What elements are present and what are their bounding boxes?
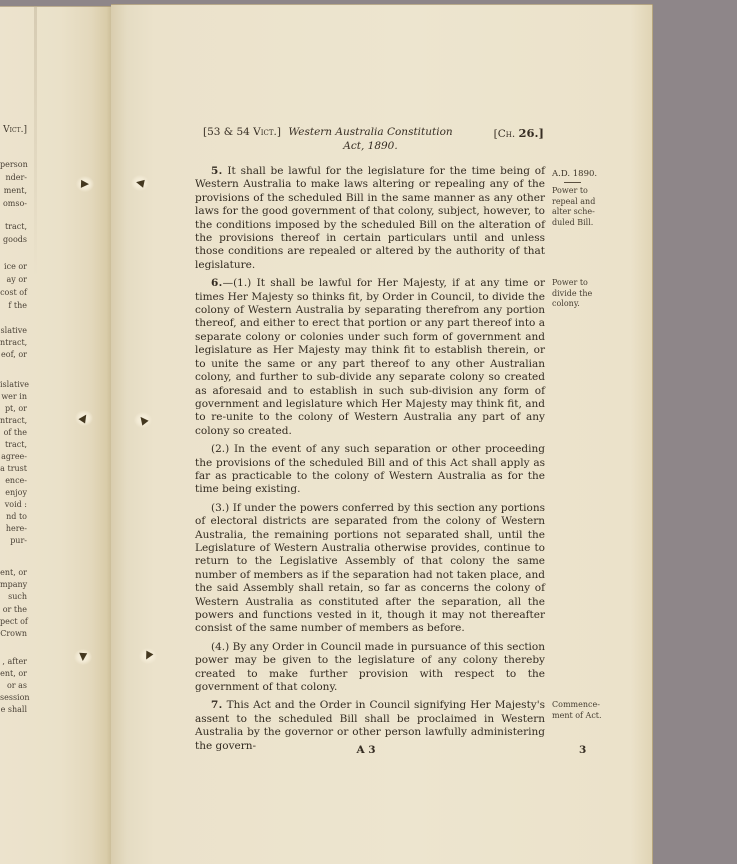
text-fragment: goods [0, 235, 27, 248]
section-number: 7. [211, 699, 223, 711]
binding-hole-mark-icon [74, 649, 92, 665]
binding-hole-mark-icon [131, 175, 149, 191]
text-fragment: session [0, 693, 27, 705]
act-title-line2: Act, 1890. [195, 140, 546, 154]
text-fragment: ntract, [0, 338, 27, 350]
paragraph: 5. It shall be lawful for the legislatur… [195, 165, 545, 272]
text-fragment: pect of [0, 617, 27, 629]
margin-note-date: A.D. 1890. [552, 169, 644, 187]
text-fragment: enjoy [0, 488, 27, 500]
binding-hole-mark-icon [134, 412, 152, 428]
text-fragment: tract, [0, 440, 27, 452]
section-number: 6. [211, 277, 223, 289]
paragraph: (2.) In the event of any such separation… [195, 443, 545, 497]
binding-hole-mark-icon [139, 648, 157, 664]
text-fragment: nd to [0, 512, 27, 524]
text-fragment: agree- [0, 452, 27, 464]
subsection-number: (4.) [211, 641, 229, 653]
text-fragment: here- [0, 524, 27, 536]
text-fragment: f the [0, 301, 27, 314]
margin-note: Commence- ment of Act. [552, 700, 644, 721]
text-fragment: ntract, [0, 416, 27, 428]
text-fragment: a trust [0, 464, 27, 476]
left-page-text-fragments: islativewer inpt, orntract,of thetract,a… [0, 380, 27, 548]
text-fragment: slative [0, 326, 27, 338]
previous-page-partial: Vict.] personnder-ment,omso- tract,goods… [0, 6, 111, 864]
text-fragment: omso- [0, 199, 27, 212]
text-fragment: of the [0, 428, 27, 440]
margin-note: Power to divide the colony. [552, 278, 644, 310]
text-fragment: ent, or [0, 669, 27, 681]
text-fragment: cost of [0, 288, 27, 301]
paragraph: (3.) If under the powers conferred by th… [195, 502, 545, 636]
subsection-number: —(1.) [223, 277, 252, 289]
binding-hole-mark-icon [75, 410, 93, 426]
text-fragment: Crown [0, 629, 27, 641]
text-fragment: islative [0, 380, 27, 392]
act-title-line1: Western Australia Constitution [195, 126, 546, 140]
text-fragment: nder- [0, 173, 27, 186]
page-number-text: 3 [579, 744, 586, 756]
paragraph-text: It shall be lawful for Her Majesty, if a… [195, 277, 545, 436]
paragraph: (4.) By any Order in Council made in pur… [195, 641, 545, 695]
text-fragment: ice or [0, 262, 27, 275]
text-fragment: , after [0, 657, 27, 669]
left-page-header-fragment: Vict.] [0, 125, 27, 135]
left-page-text-fragments: tract,goods [0, 222, 27, 247]
text-fragment: ay or [0, 275, 27, 288]
paragraph-list: 5. It shall be lawful for the legislatur… [195, 165, 545, 753]
text-fragment: pur- [0, 536, 27, 548]
text-fragment: ment, [0, 186, 27, 199]
section-number: 5. [211, 165, 223, 177]
running-header: [53 & 54 Vict.] [Ch. 26.] Western Austra… [195, 126, 546, 162]
paragraph-text: By any Order in Council made in pursuanc… [195, 641, 545, 693]
left-page-text-fragments: personnder-ment,omso- [0, 160, 27, 212]
text-fragment: ence- [0, 476, 27, 488]
printer-signature: A 3 [343, 744, 389, 757]
text-fragment: mpany [0, 580, 27, 592]
text-fragment: e shall [0, 705, 27, 717]
left-page-text-fragments: slativentract,eof, or [0, 326, 27, 362]
text-fragment: or the [0, 605, 27, 617]
text-fragment: eof, or [0, 350, 27, 362]
act-title: Western Australia Constitution Act, 1890… [195, 126, 546, 153]
scanned-document-photo: Vict.] personnder-ment,omso- tract,goods… [0, 0, 737, 864]
document-page: [53 & 54 Vict.] [Ch. 26.] Western Austra… [111, 4, 653, 864]
text-fragment: such [0, 592, 27, 604]
text-fragment: ent, or [0, 568, 27, 580]
binding-hole-mark-icon [76, 176, 94, 192]
text-fragment: or as [0, 681, 27, 693]
text-fragment: void : [0, 500, 27, 512]
text-fragment: pt, or [0, 404, 27, 416]
margin-note-date-text: A.D. 1890. [552, 169, 644, 179]
margin-note: Power to repeal and alter sche- duled Bi… [552, 186, 644, 228]
paragraph-text: It shall be lawful for the legislature f… [195, 165, 545, 271]
subsection-number: (2.) [211, 443, 229, 455]
body-text-column: A.D. 1890. 5. It shall be lawful for the… [195, 165, 545, 805]
page-crease [34, 7, 37, 277]
paragraph-text: In the event of any such separation or o… [195, 443, 545, 495]
subsection-number: (3.) [211, 502, 229, 514]
left-page-text-fragments: ent, ormpanysuchor thepect ofCrown [0, 568, 27, 641]
paragraph-text: If under the powers conferred by this se… [195, 502, 545, 635]
margin-note-rule [564, 182, 581, 183]
left-page-text-fragments: , afterent, oror assessione shall [0, 657, 27, 717]
text-fragment: wer in [0, 392, 27, 404]
paragraph: 6.—(1.) It shall be lawful for Her Majes… [195, 277, 545, 438]
left-page-text-fragments: ice oray orcost off the [0, 262, 27, 314]
text-fragment: tract, [0, 222, 27, 235]
printer-signature-text: A 3 [356, 744, 375, 756]
page-number: 3 [579, 744, 586, 757]
text-fragment: person [0, 160, 27, 173]
